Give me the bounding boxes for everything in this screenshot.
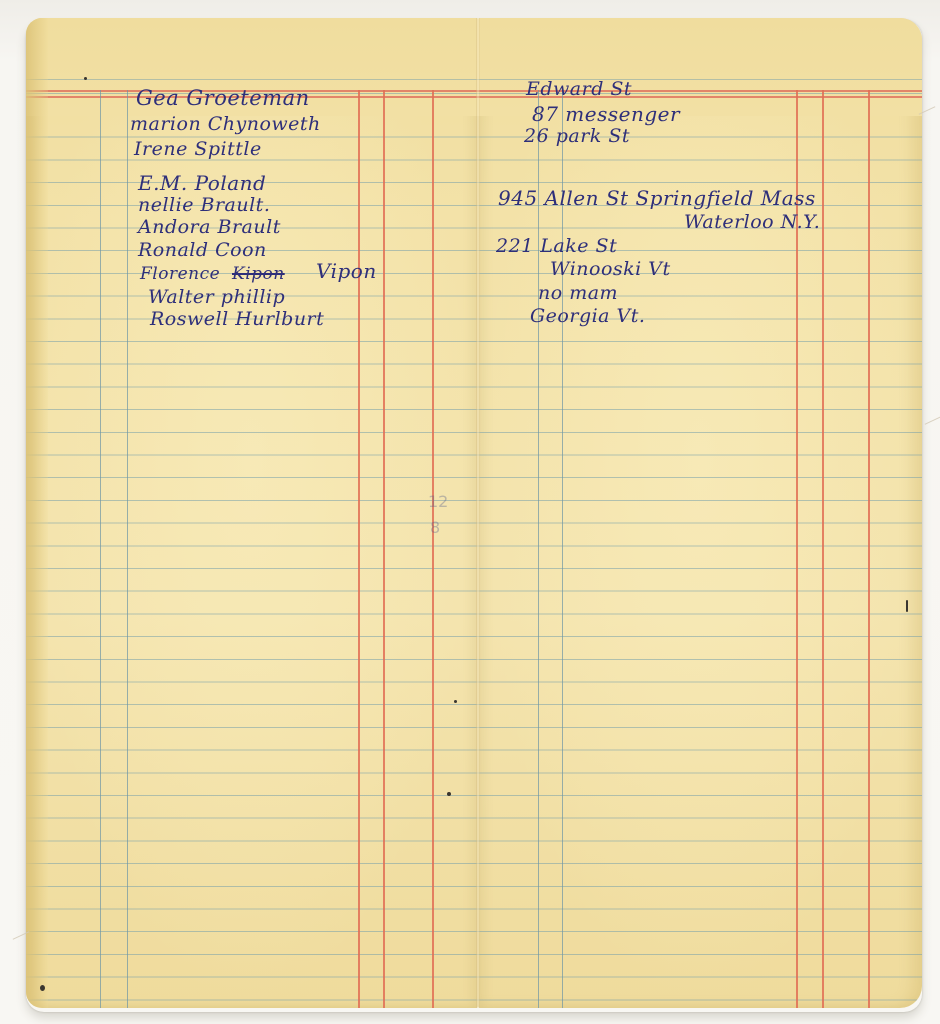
crossed-out-name: Kipon xyxy=(232,266,285,283)
name-entry: Andora Brault xyxy=(138,218,281,237)
address-entry: Edward St xyxy=(526,80,632,99)
name-entry: Florence xyxy=(140,266,220,283)
address-entry: no mam xyxy=(538,284,618,303)
column-line-red xyxy=(358,90,360,1008)
address-entry: Waterloo N.Y. xyxy=(684,213,820,232)
horizontal-rules xyxy=(478,18,922,1008)
ink-speck xyxy=(906,600,908,612)
column-line-red xyxy=(432,90,434,1008)
column-line-red xyxy=(868,90,870,1008)
name-entry: Ronald Coon xyxy=(138,241,267,260)
center-fold xyxy=(476,18,480,1008)
name-entry: E.M. Poland xyxy=(138,173,266,193)
margin-line-blue xyxy=(562,90,563,1008)
address-entry: Georgia Vt. xyxy=(530,307,645,326)
margin-line-blue xyxy=(538,90,539,1008)
ink-speck xyxy=(84,77,87,80)
ink-speck xyxy=(454,700,457,703)
left-page: Gea Groeteman marion Chynoweth Irene Spi… xyxy=(26,18,478,1008)
address-entry: 221 Lake St xyxy=(496,237,617,256)
faint-bleedthrough-mark: 8 xyxy=(430,518,440,537)
name-correction: Vipon xyxy=(316,261,377,281)
name-entry: Roswell Hurlburt xyxy=(150,310,324,329)
column-line-red xyxy=(822,90,824,1008)
ink-speck xyxy=(40,985,45,991)
address-entry: 26 park St xyxy=(524,127,630,146)
address-entry: 945 Allen St Springfield Mass xyxy=(498,188,816,208)
name-entry: marion Chynoweth xyxy=(130,115,321,134)
margin-line-blue xyxy=(127,90,128,1008)
horizontal-rules xyxy=(26,18,478,1008)
column-line-red xyxy=(383,90,385,1008)
name-entry: Irene Spittle xyxy=(134,140,262,159)
address-entry: Winooski Vt xyxy=(550,260,671,279)
faint-bleedthrough-mark: 12 xyxy=(428,492,448,511)
name-entry: nellie Brault. xyxy=(138,196,270,215)
ink-speck xyxy=(447,792,451,796)
right-page: Edward St 87 messenger 26 park St 945 Al… xyxy=(478,18,922,1008)
name-entry: Gea Groeteman xyxy=(136,88,310,109)
address-entry: 87 messenger xyxy=(532,104,680,124)
top-rule xyxy=(26,79,478,80)
name-entry: Walter phillip xyxy=(148,288,285,307)
margin-line-blue xyxy=(100,90,101,1008)
